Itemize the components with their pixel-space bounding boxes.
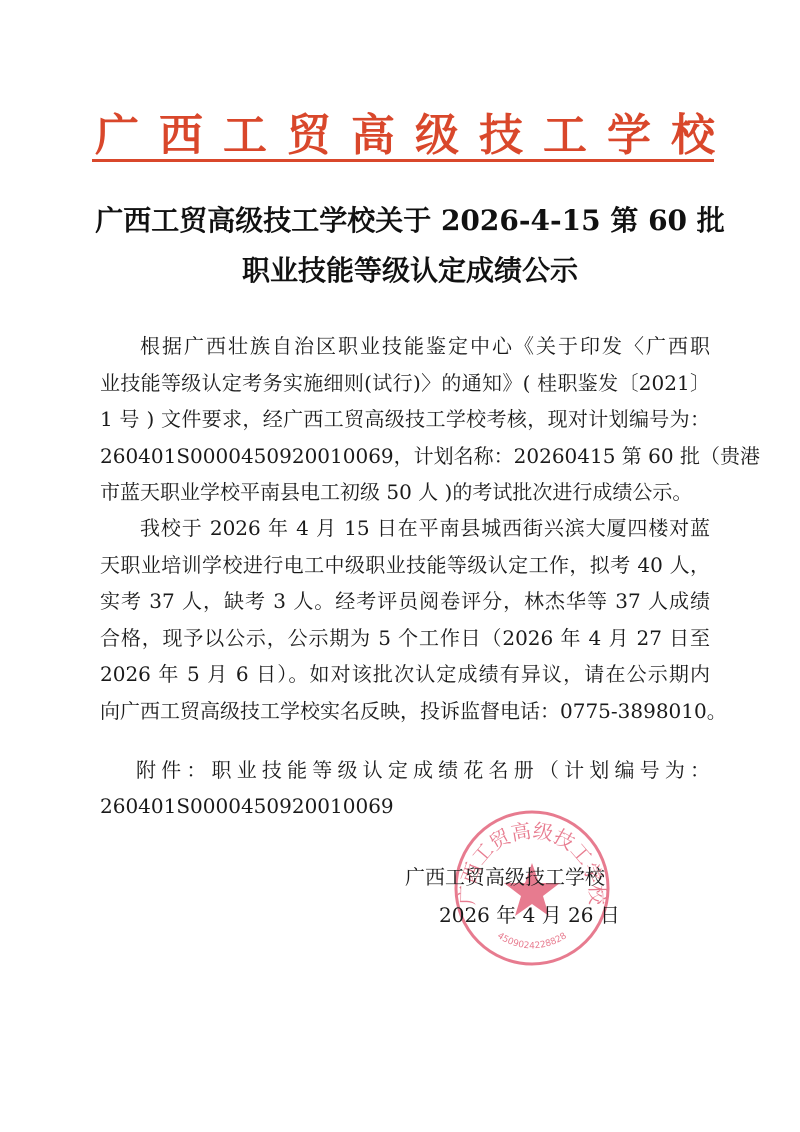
paragraph-line: 1 号 ) 文件要求，经广西工贸高级技工学校考核，现对计划编号为：: [100, 401, 710, 438]
letterhead-char: 工: [223, 99, 267, 163]
document-title-line2: 职业技能等级认定成绩公示: [60, 246, 760, 296]
letterhead-char: 西: [159, 99, 203, 163]
document-title-line1: 广西工贸高级技工学校关于 2026-4-15 第 60 批: [60, 196, 760, 246]
paragraph-line: 我校于 2026 年 4 月 15 日在平南县城西街兴滨大厦四楼对蓝: [100, 510, 710, 547]
letterhead-title: 广 西 工 贸 高 级 技 工 学 校: [95, 103, 715, 159]
document-title: 广西工贸高级技工学校关于 2026-4-15 第 60 批 职业技能等级认定成绩…: [60, 196, 760, 296]
paragraph-basis: 根据广西壮族自治区职业技能鉴定中心《关于印发〈广西职 业技能等级认定考务实施细则…: [100, 328, 710, 511]
paragraph-line: 天职业培训学校进行电工中级职业技能等级认定工作，拟考 40 人，: [100, 547, 710, 584]
attachment-note: 附件：职业技能等级认定成绩花名册（计划编号为： 260401S000045092…: [100, 752, 710, 824]
attachment-line: 附件：职业技能等级认定成绩花名册（计划编号为：: [100, 752, 710, 788]
paragraph-line: 260401S0000450920010069，计划名称：20260415 第 …: [100, 438, 710, 475]
signature-date: 2026 年 4 月 26 日: [405, 896, 635, 934]
svg-text:4509024228828: 4509024228828: [495, 931, 569, 951]
paragraph-line: 2026 年 5 月 6 日）。如对该批次认定成绩有异议，请在公示期内: [100, 656, 710, 693]
letterhead-char: 技: [479, 99, 523, 163]
paragraph-line: 实考 37 人，缺考 3 人。经考评员阅卷评分，林杰华等 37 人成绩: [100, 583, 710, 620]
letterhead-char: 校: [671, 99, 715, 163]
letterhead-char: 贸: [287, 99, 331, 163]
letterhead-char: 工: [543, 99, 587, 163]
letterhead-divider: [92, 159, 714, 162]
seal-code: 4509024228828: [495, 931, 569, 951]
paragraph-line: 市蓝天职业学校平南县电工初级 50 人 )的考试批次进行成绩公示。: [100, 474, 710, 511]
paragraph-line: 向广西工贸高级技工学校实名反映，投诉监督电话：0775-3898010。: [100, 693, 710, 730]
letterhead-char: 高: [351, 99, 395, 163]
paragraph-details: 我校于 2026 年 4 月 15 日在平南县城西街兴滨大厦四楼对蓝 天职业培训…: [100, 510, 710, 729]
signature-organization: 广西工贸高级技工学校: [405, 858, 635, 896]
letterhead-char: 级: [415, 99, 459, 163]
paragraph-line: 根据广西壮族自治区职业技能鉴定中心《关于印发〈广西职: [100, 328, 710, 365]
signature-block: 广西工贸高级技工学校 2026 年 4 月 26 日: [405, 858, 635, 934]
paragraph-line: 业技能等级认定考务实施细则(试行)〉的通知》( 桂职鉴发〔2021〕: [100, 365, 710, 402]
letterhead-char: 广: [95, 99, 139, 163]
paragraph-line: 合格，现予以公示，公示期为 5 个工作日（2026 年 4 月 27 日至: [100, 620, 710, 657]
letterhead-char: 学: [607, 99, 651, 163]
attachment-plan-number: 260401S0000450920010069: [100, 788, 710, 824]
